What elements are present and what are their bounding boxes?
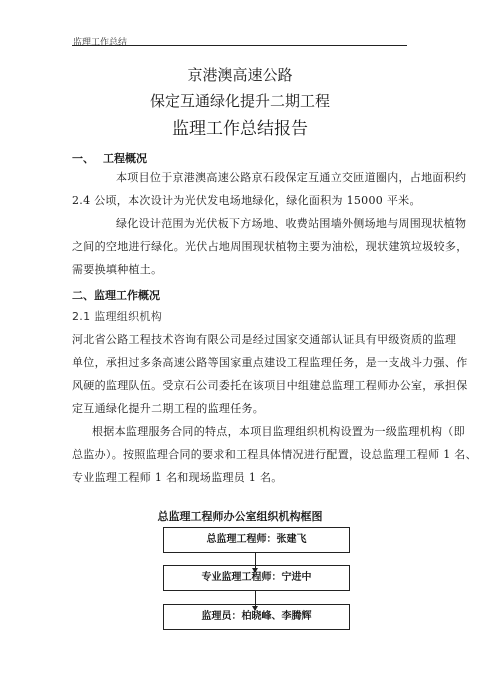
- section-2-heading: 二、监理工作概况: [72, 287, 160, 303]
- title-line-3: 监理工作总结报告: [0, 114, 480, 139]
- org-chart-title: 总监理工程师办公室组织机构框图: [0, 508, 480, 524]
- title-line-2: 保定互通绿化提升二期工程: [0, 90, 480, 111]
- text-line: 本项目位于京港澳高速公路京石段保定互通立交匝道圈内，占地面积约: [72, 166, 408, 189]
- text-line: 风硬的监理队伍。受京石公司委托在该项目中组建总监理工程师办公室，承担保: [72, 374, 408, 397]
- section-2-paragraph-1: 河北省公路工程技术咨询有限公司是经过国家交通部认证具有甲级资质的监理 单位，承担…: [72, 328, 408, 420]
- org-box-specialist-engineer: 专业监理工程师：宁进中: [163, 565, 350, 591]
- section-1-paragraph-1: 本项目位于京港澳高速公路京石段保定互通立交匝道圈内，占地面积约 2.4 公顷，本…: [72, 166, 408, 212]
- section-1-number: 一、: [72, 150, 94, 166]
- text-line: 专业监理工程师 1 名和现场监理员 1 名。: [72, 466, 408, 489]
- text-line: 2.1 监理组织机构: [72, 305, 408, 328]
- text-line: 2.4 公顷，本次设计为光伏发电场地绿化，绿化面积为 15000 平米。: [72, 189, 408, 212]
- text-line: 需要换填种植土。: [72, 258, 408, 281]
- text-line: 定互通绿化提升二期工程的监理任务。: [72, 397, 408, 420]
- text-line: 之间的空地进行绿化。光伏占地周围现状植物主要为油松，现状建筑垃圾较多，: [72, 235, 408, 258]
- title-line-1: 京港澳高速公路: [0, 64, 480, 85]
- section-2-paragraph-2: 根据本监理服务合同的特点，本项目监理组织机构设置为一级监理机构（即 总监办）。按…: [72, 420, 408, 489]
- header-divider: [72, 45, 407, 46]
- section-1-heading: 工程概况: [103, 150, 147, 166]
- org-box-chief-engineer: 总监理工程师：张建飞: [163, 527, 350, 553]
- text-line: 绿化设计范围为光伏板下方场地、收费站围墙外侧场地与周围现状植物: [72, 212, 408, 235]
- text-line: 单位，承担过多条高速公路等国家重点建设工程监理任务，是一支战斗力强、作: [72, 351, 408, 374]
- org-box-supervisors: 监理员：柏晓峰、李腾辉: [163, 604, 350, 630]
- running-header-title: 监理工作总结: [73, 35, 127, 48]
- text-line: 河北省公路工程技术咨询有限公司是经过国家交通部认证具有甲级资质的监理: [72, 328, 408, 351]
- subsection-2-1-heading: 2.1 监理组织机构: [72, 305, 408, 328]
- section-1-paragraph-2: 绿化设计范围为光伏板下方场地、收费站围墙外侧场地与周围现状植物 之间的空地进行绿…: [72, 212, 408, 281]
- text-line: 总监办）。按照监理合同的要求和工程具体情况进行配置，设总监理工程师 1 名、: [72, 443, 408, 466]
- text-line: 根据本监理服务合同的特点，本项目监理组织机构设置为一级监理机构（即: [72, 420, 408, 443]
